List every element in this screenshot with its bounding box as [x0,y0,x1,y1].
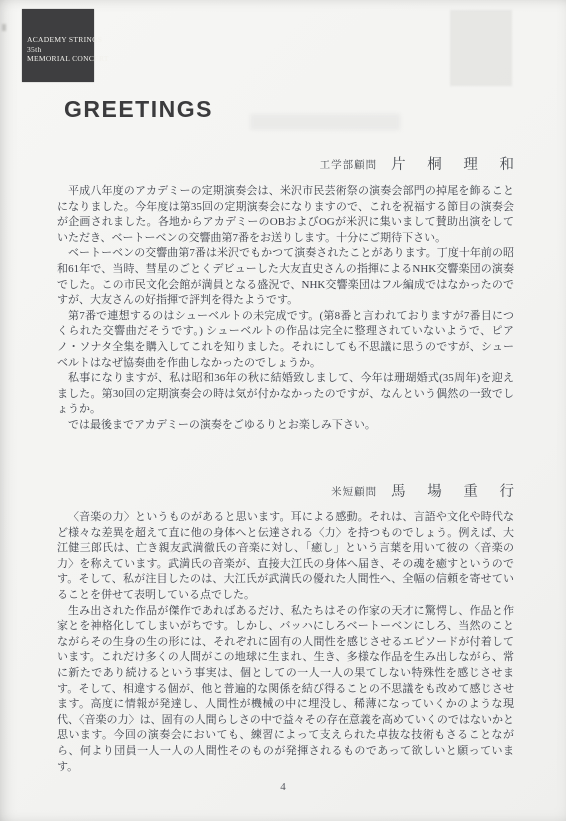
greeting-text-baba: 〈音楽の力〉というものがあると思います。耳による感動。それは、言語や文化や時代な… [57,510,514,775]
show-through-text-smudge [250,114,400,130]
paragraph: 平成八年度のアカデミーの定期演奏会は、米沢市民芸術祭の演奏会部門の掉尾を飾ること… [57,184,514,246]
paragraph: ベートーベンの交響曲第7番は米沢でもかつて演奏されたことがあります。丁度十年前の… [57,246,514,308]
concert-logo-box: ACADEMY STRINGS 35th MEMORIAL CONCERT [22,9,94,82]
page-title: GREETINGS [64,96,213,123]
concert-logo-text: ACADEMY STRINGS 35th MEMORIAL CONCERT [27,35,92,64]
concert-logo-line2: 35th [27,45,92,55]
author-name: 馬 場 重 行 [391,484,523,500]
show-through-artifact [450,10,512,86]
paragraph: では最後までアカデミーの演奏をごゆるりとお楽しみ下さい。 [57,418,514,434]
author-line-katagiri: 工学部顧問片 桐 理 和 [320,153,514,174]
scanned-program-page: ACADEMY STRINGS 35th MEMORIAL CONCERT GR… [0,0,566,821]
author-title: 工学部顧問 [320,160,378,171]
paragraph: 生み出された作品が傑作であればあるだけ、私たちはその作家の天才に驚愕し、作品と作… [57,604,514,776]
concert-logo-line3: MEMORIAL CONCERT [27,54,92,64]
author-name: 片 桐 理 和 [391,157,523,173]
paragraph: 〈音楽の力〉というものがあると思います。耳による感動。それは、言語や文化や時代な… [57,510,514,604]
page-number: 4 [0,781,566,793]
scan-edge-mark [2,24,6,31]
author-title: 米短顧問 [331,487,377,498]
author-line-baba: 米短顧問馬 場 重 行 [331,480,514,501]
paragraph: 第7番で連想するのはシューベルトの未完成です。(第8番と言われておりますが7番目… [57,309,514,371]
concert-logo-line1: ACADEMY STRINGS [27,35,92,45]
greeting-text-katagiri: 平成八年度のアカデミーの定期演奏会は、米沢市民芸術祭の演奏会部門の掉尾を飾ること… [57,184,514,434]
paragraph: 私事になりますが、私は昭和36年の秋に結婚致しまして、今年は珊瑚婚式(35周年)… [57,371,514,418]
